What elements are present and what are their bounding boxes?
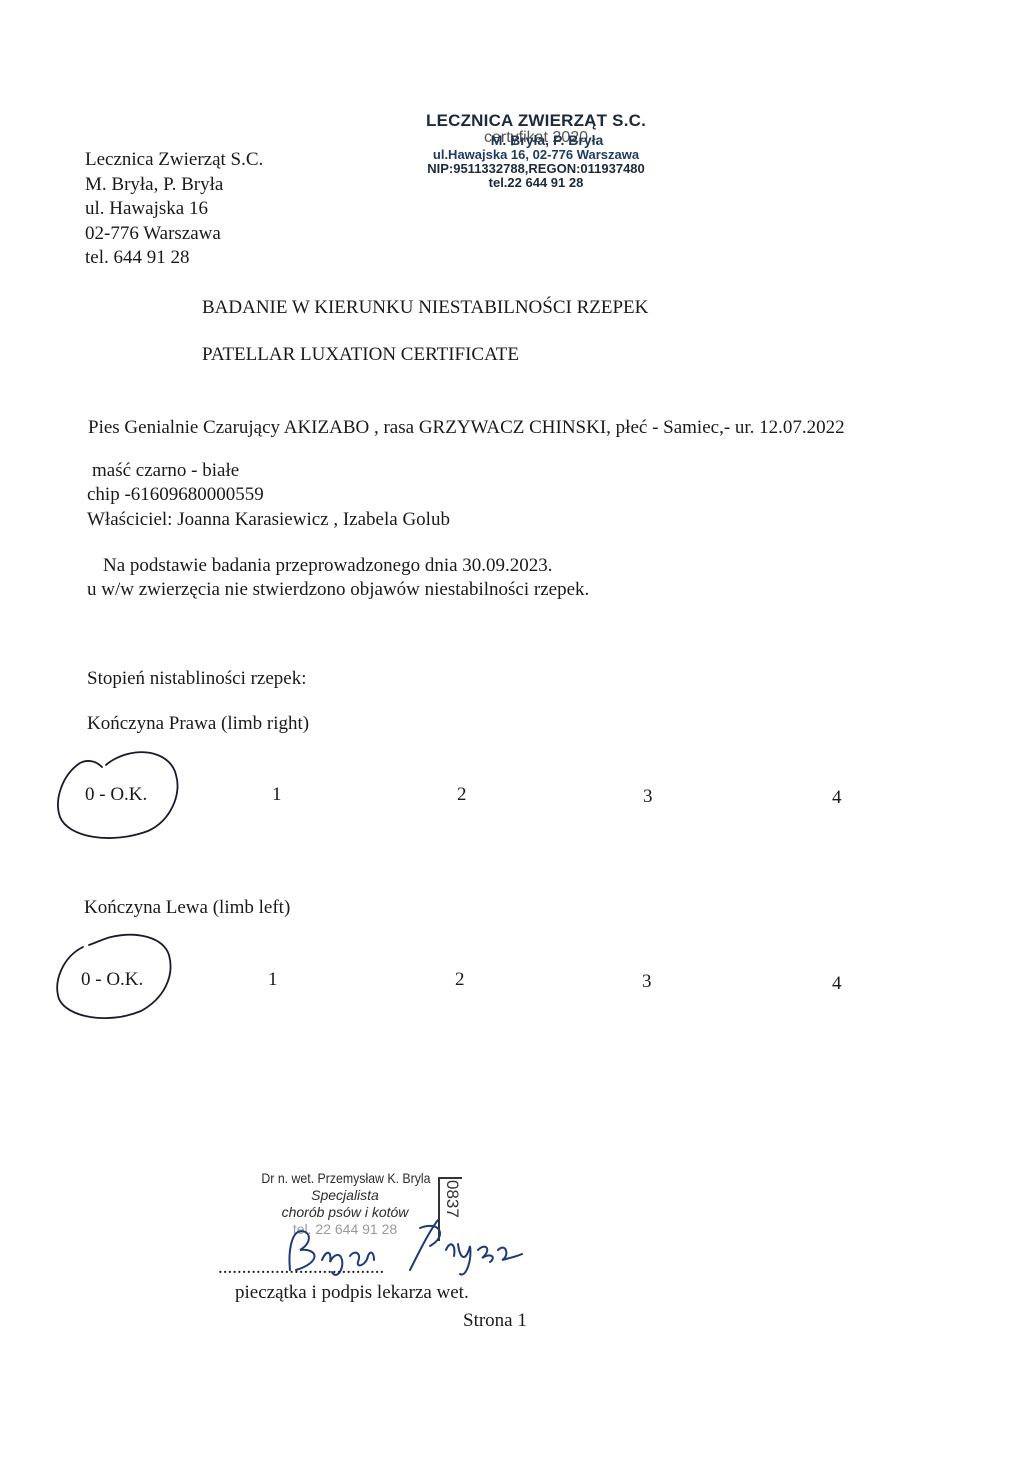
stamp-address: ul.Hawajska 16, 02-776 Warszawa [404,148,668,162]
grade-option-0: 0 - O.K. [81,969,143,991]
grade-option-1: 1 [268,969,278,991]
stamp-phone: tel.22 644 91 28 [404,176,668,190]
dog-chip: chip -61609680000559 [87,484,264,506]
stamp-owners: M. Bryła, P. Bryła [426,133,668,148]
sender-line: tel. 644 91 28 [85,246,263,271]
dog-info-line: Pies Genialnie Czarujący AKIZABO , rasa … [88,417,845,439]
stamp-owners-row: certyfikat 2020 M. Bryła, P. Bryła [404,130,668,148]
sender-line: M. Bryła, P. Bryła [85,173,263,198]
grade-option-1: 1 [272,784,282,806]
page-number: Strona 1 [463,1310,527,1332]
grade-option-3: 3 [643,786,653,808]
dog-owner: Właściciel: Joanna Karasiewicz , Izabela… [87,509,450,531]
sender-address: Lecznica Zwierząt S.C. M. Bryła, P. Brył… [85,148,263,271]
grade-option-0: 0 - O.K. [85,784,147,806]
signature-line: ................................... [218,1257,384,1279]
title-english: PATELLAR LUXATION CERTIFICATE [202,344,519,366]
grade-option-4: 4 [832,787,842,809]
grade-option-2: 2 [457,784,467,806]
grade-heading: Stopień nistabliności rzepek: [87,668,307,690]
exam-line-2: u w/w zwierzęcia nie stwierdzono objawów… [87,579,589,601]
sender-line: ul. Hawajska 16 [85,197,263,222]
grade-option-3: 3 [642,971,652,993]
stamp-clinic-name: LECZNICA ZWIERZĄT S.C. [404,112,668,130]
limb-left-label: Kończyna Lewa (limb left) [84,897,290,919]
sender-line: 02-776 Warszawa [85,222,263,247]
signature-caption: pieczątka i podpis lekarza wet. [235,1282,469,1304]
sender-line: Lecznica Zwierząt S.C. [85,148,263,173]
clinic-stamp: LECZNICA ZWIERZĄT S.C. certyfikat 2020 M… [404,112,668,190]
title-polish: BADANIE W KIERUNKU NIESTABILNOŚCI RZEPEK [202,297,648,319]
grade-option-4: 4 [832,973,842,995]
vet-name: Dr n. wet. Przemysław K. Bryla [261,1170,428,1187]
dog-color: maść czarno - białe [92,460,239,482]
limb-right-label: Kończyna Prawa (limb right) [87,713,309,735]
stamp-ids: NIP:9511332788,REGON:011937480 [404,162,668,176]
grade-option-2: 2 [455,969,465,991]
exam-line-1: Na podstawie badania przeprowadzonego dn… [103,555,553,577]
